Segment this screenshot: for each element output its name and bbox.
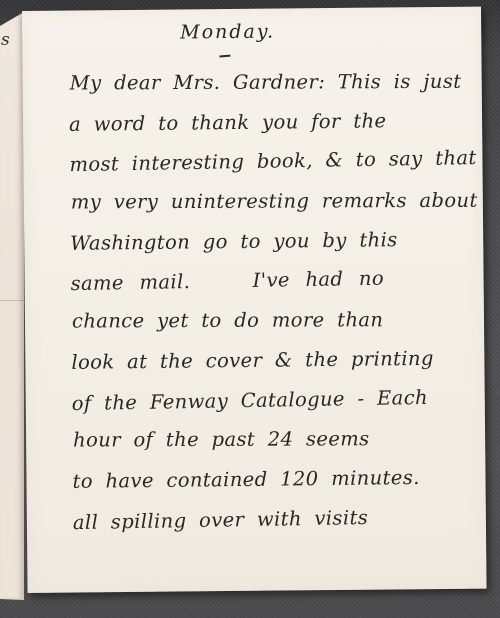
letter-date-heading: Monday.	[180, 21, 275, 44]
letter-line: of the Fenway Catalogue - Each	[71, 377, 472, 424]
letter-line: hour of the past 24 seems	[73, 419, 473, 460]
letter-line: my very uninteresting remarks about	[71, 181, 471, 222]
facing-page-edge: s	[0, 12, 24, 600]
photo-mount-background: s Monday. My dear Mrs. Gardner: This is …	[0, 0, 500, 618]
letter-line: a word to thank you for the	[69, 100, 469, 144]
letter-line: My dear Mrs. Gardner: This is just	[70, 62, 470, 103]
letter-page: Monday. My dear Mrs. Gardner: This is ju…	[22, 7, 487, 593]
fold-crease-line	[0, 300, 24, 301]
letter-line: look at the cover & the printing	[71, 338, 471, 382]
heading-dash-mark	[219, 55, 230, 58]
letter-line: same mail. I've had no	[70, 258, 471, 305]
letter-line: most interesting book, & to say that	[69, 139, 470, 186]
letter-line: to have contained 120 minutes.	[72, 457, 472, 501]
margin-ink-squiggle: s	[1, 30, 10, 50]
letter-line: chance yet to do more than	[72, 300, 472, 341]
margin-ink-mark-glyph: s	[1, 30, 10, 50]
letter-line: all spilling over with visits	[73, 496, 474, 543]
letter-line: Washington go to you by this	[70, 219, 470, 263]
letter-body: My dear Mrs. Gardner: This is just a wor…	[69, 61, 474, 541]
